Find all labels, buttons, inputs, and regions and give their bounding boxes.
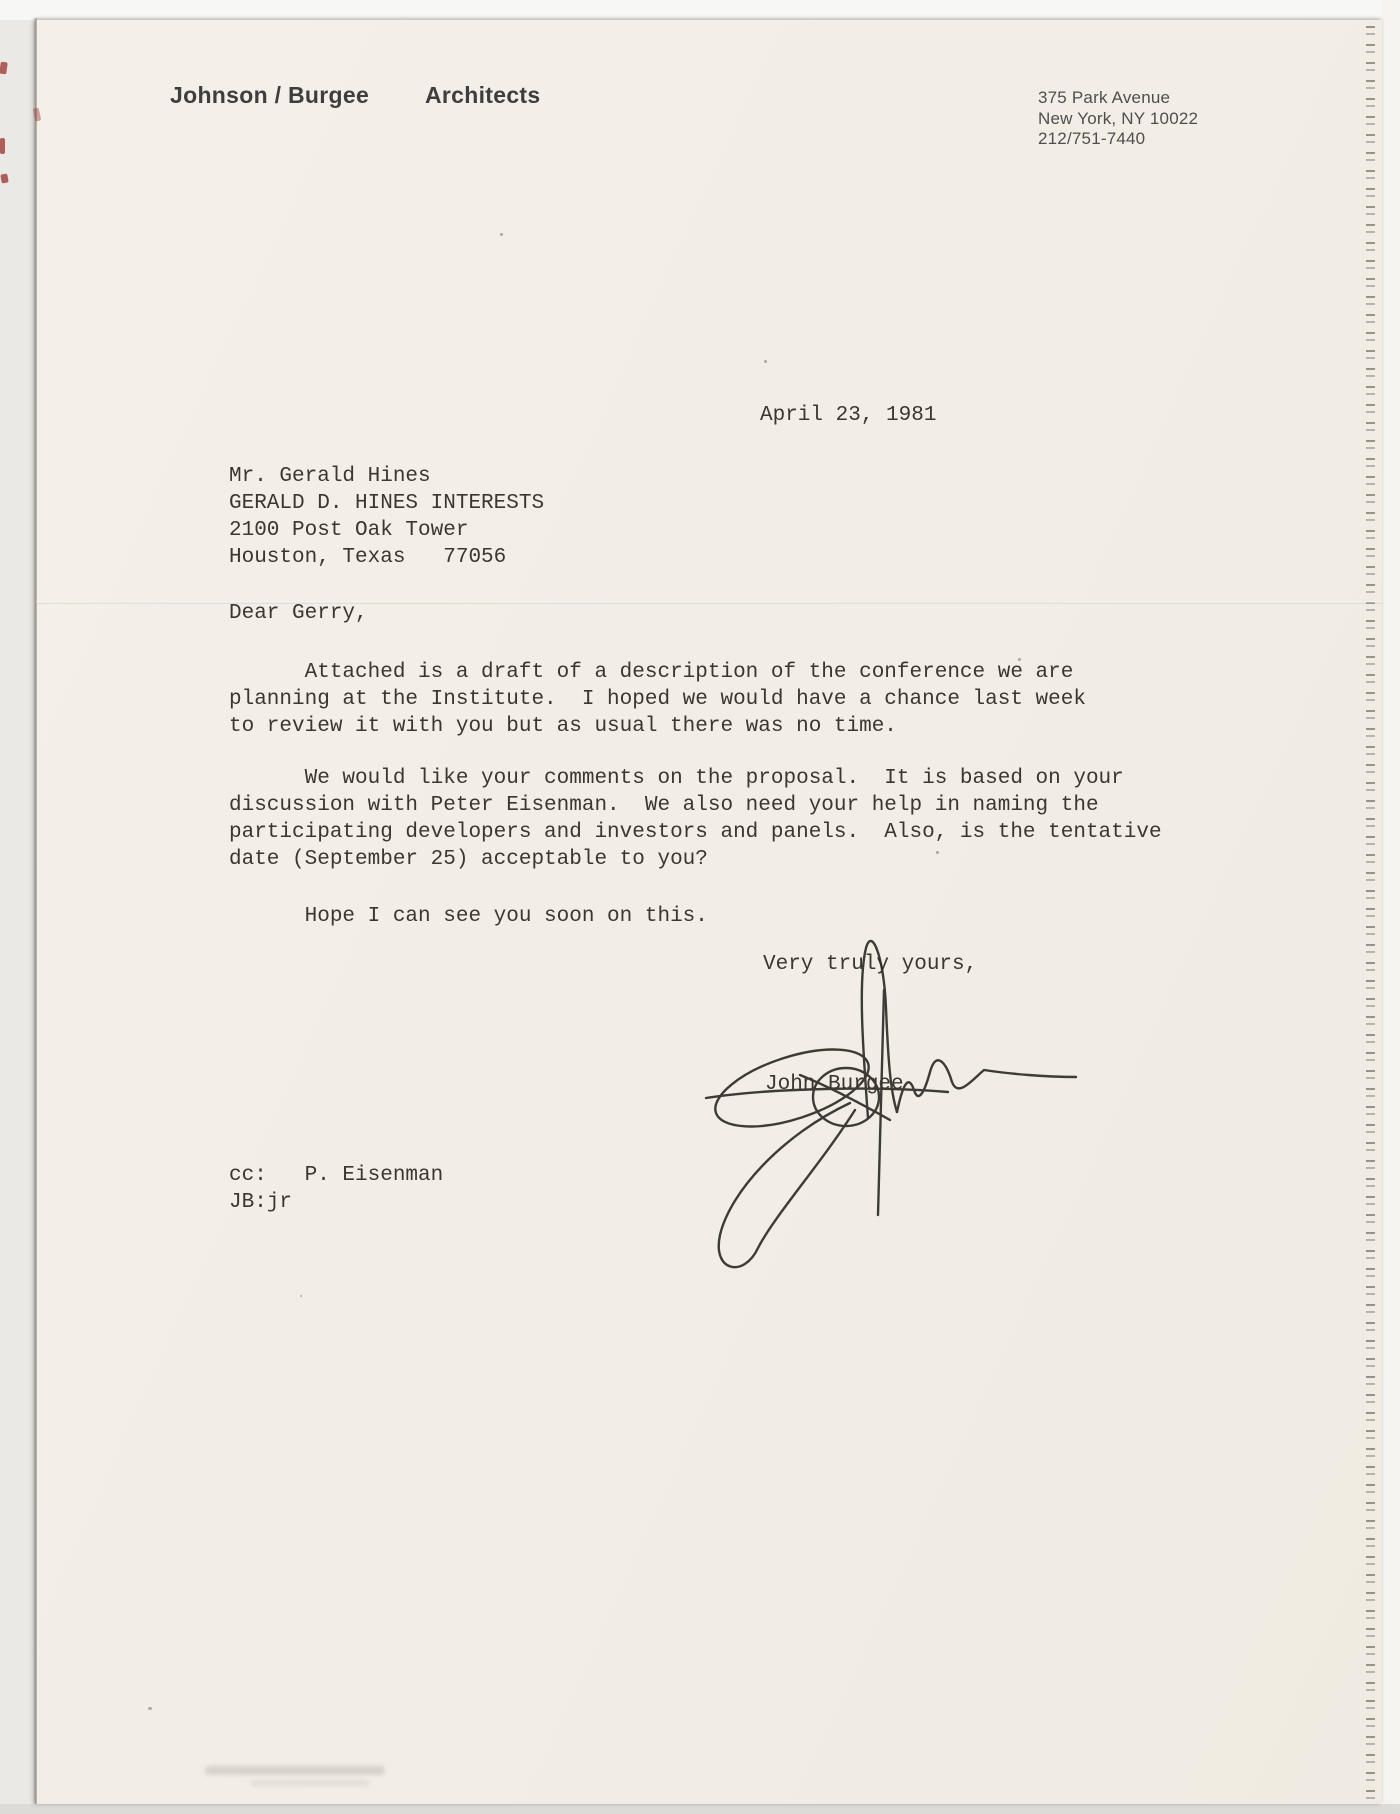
body-paragraph-3: Hope I can see you soon on this. (229, 903, 708, 930)
red-edge-mark (0, 173, 8, 183)
dust-speck (936, 851, 939, 854)
cc-line: cc: P. Eisenman (229, 1162, 443, 1189)
paper-left-edge-shadow (33, 18, 37, 1804)
scan-background-top (0, 0, 1400, 20)
body-paragraph-1: Attached is a draft of a description of … (229, 659, 1086, 740)
reference-initials: JB:jr (229, 1189, 292, 1216)
scanned-letter-document: Johnson / Burgee Architects 375 Park Ave… (0, 0, 1400, 1814)
letterhead-firm-descriptor: Architects (425, 82, 540, 109)
letter-date: April 23, 1981 (760, 402, 936, 429)
ghost-ink-smudge (250, 1780, 370, 1786)
letterhead-address-line-1: 375 Park Avenue (1038, 88, 1170, 107)
paper-perforated-right-edge (1366, 22, 1375, 1804)
dust-speck (500, 233, 503, 236)
ghost-ink-smudge (205, 1766, 385, 1775)
dust-speck (148, 1707, 152, 1710)
scan-background-bottom (0, 1804, 1400, 1814)
signature-scrawl-icon (660, 925, 1100, 1285)
recipient-address-block: Mr. Gerald Hines GERALD D. HINES INTERES… (229, 463, 544, 571)
salutation: Dear Gerry, (229, 600, 368, 627)
signer-typed-name: John Burgee (765, 1071, 904, 1098)
dust-speck (300, 1295, 302, 1297)
body-paragraph-2: We would like your comments on the propo… (229, 765, 1162, 873)
handwritten-signature (660, 925, 1100, 1285)
red-edge-mark (0, 62, 8, 75)
letterhead-address: 375 Park Avenue New York, NY 10022 212/7… (1038, 88, 1198, 150)
dust-speck (764, 360, 767, 363)
letterhead-firm-name: Johnson / Burgee (170, 82, 369, 109)
letterhead-address-line-2: New York, NY 10022 (1038, 109, 1198, 128)
dust-speck (1018, 658, 1021, 661)
red-edge-mark (0, 138, 5, 154)
letterhead-address-line-3: 212/751-7440 (1038, 129, 1145, 148)
scan-background-right (1382, 0, 1400, 1814)
